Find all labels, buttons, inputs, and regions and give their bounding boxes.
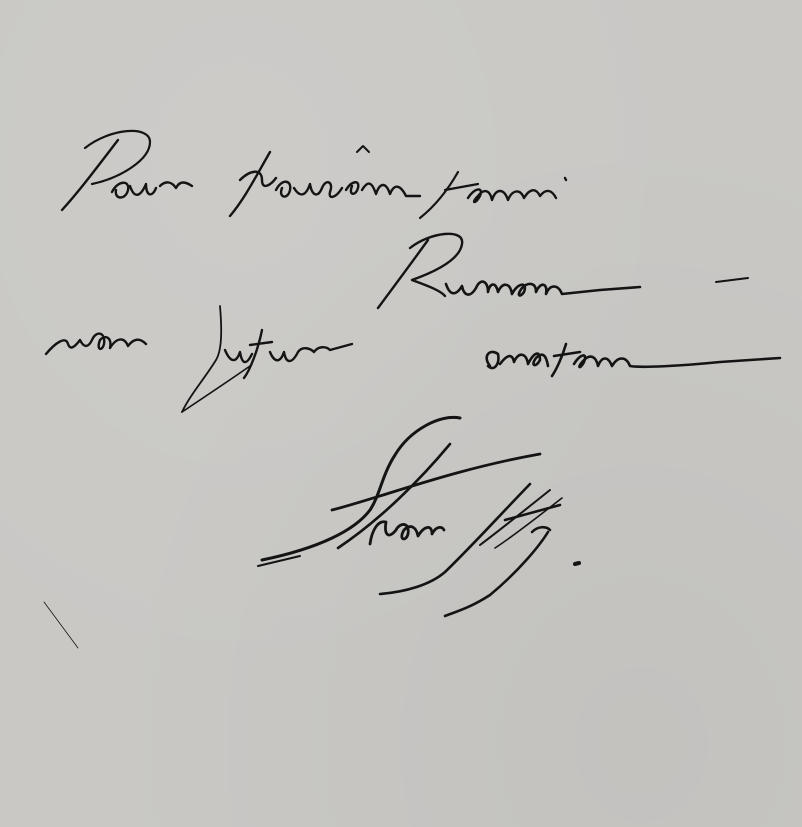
handwriting-line-3 xyxy=(46,306,780,412)
paper-mark xyxy=(44,602,78,648)
handwriting-line-1 xyxy=(62,131,566,218)
handwriting-line-2 xyxy=(378,234,748,308)
handwriting xyxy=(0,0,802,827)
signature-handwriting xyxy=(258,417,579,616)
